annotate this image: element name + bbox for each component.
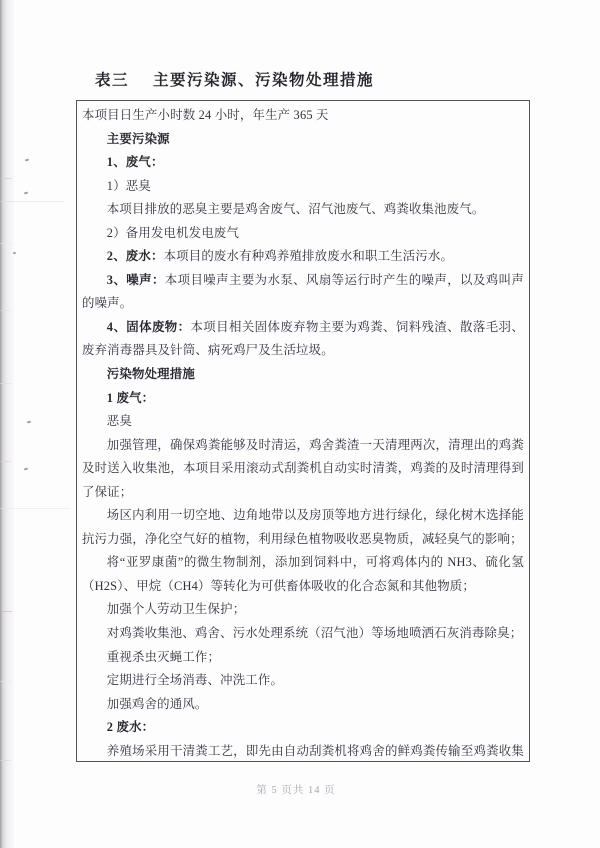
paragraph: 重视杀虫灭蝇工作； bbox=[82, 646, 524, 670]
scan-artifact-line bbox=[0, 178, 12, 179]
paragraph: 定期进行全场消毒、冲洗工作。 bbox=[82, 669, 524, 693]
scan-artifact-line bbox=[0, 508, 70, 509]
paragraph: 4、固体废物：本项目相关固体废弃物主要为鸡粪、饲料残渣、散落毛羽、废弃消毒器具及… bbox=[82, 316, 524, 363]
paragraph: 1 废气： bbox=[82, 387, 524, 411]
paragraph: 污染物处理措施 bbox=[82, 363, 524, 387]
paragraph: 1）恶臭 bbox=[82, 175, 524, 199]
scan-speck bbox=[24, 192, 28, 195]
paragraph: 加强鸡舍的通风。 bbox=[82, 693, 524, 717]
table-content: 本项目日生产小时数 24 小时，年生产 365 天主要污染源1、废气：1）恶臭本… bbox=[82, 104, 524, 762]
paragraph: 本项目排放的恶臭主要是鸡舍废气、沼气池废气、鸡粪收集池废气。 bbox=[82, 198, 524, 222]
scan-speck bbox=[25, 159, 29, 162]
scan-speck bbox=[27, 421, 31, 424]
paragraph-bold-prefix: 4、固体废物： bbox=[107, 320, 191, 334]
pollution-measures-table: 本项目日生产小时数 24 小时，年生产 365 天主要污染源1、废气：1）恶臭本… bbox=[76, 100, 530, 762]
page-number-footer: 第 5 页共 14 页 bbox=[0, 782, 592, 797]
page-title: 表三主要污染源、污染物处理措施 bbox=[95, 68, 374, 90]
scan-edge-shadow bbox=[0, 0, 14, 848]
paragraph: 2 废水： bbox=[82, 716, 524, 740]
scan-speck bbox=[13, 252, 16, 255]
paragraph: 场区内利用一切空地、边角地带以及房顶等地方进行绿化，绿化树木选择能抗污力强，净化… bbox=[82, 504, 524, 551]
paragraph: 加强个人劳动卫生保护； bbox=[82, 598, 524, 622]
scan-artifact-line bbox=[0, 243, 12, 244]
scan-artifact-line bbox=[0, 681, 12, 682]
scan-artifact-line bbox=[0, 383, 12, 384]
paragraph: 2、废水：本项目的废水有种鸡养殖排放废水和职工生活污水。 bbox=[82, 245, 524, 269]
paragraph: 3、噪声：本项目噪声主要为水泵、风扇等运行时产生的噪声，以及鸡叫声的噪声。 bbox=[82, 269, 524, 316]
paragraph-bold-prefix: 2、废水： bbox=[107, 249, 164, 263]
scan-artifact-line bbox=[0, 310, 10, 311]
scan-artifact-line bbox=[0, 461, 11, 462]
paragraph: 2）备用发电机发电废气 bbox=[82, 222, 524, 246]
paragraph: 养殖场采用干清粪工艺，即先由自动刮粪机将鸡舍的鲜鸡粪传输至鸡粪收集池，清粪后的鸡… bbox=[82, 740, 524, 762]
paragraph: 将“亚罗康菌”的微生物制剂，添加到饲料中，可将鸡体内的 NH3、硫化氢（H2S）… bbox=[82, 551, 524, 598]
table-title-text: 主要污染源、污染物处理措施 bbox=[153, 72, 374, 89]
scan-artifact-line bbox=[0, 760, 11, 761]
paragraph: 本项目日生产小时数 24 小时，年生产 365 天 bbox=[82, 104, 524, 128]
paragraph-bold-prefix: 3、噪声： bbox=[107, 273, 165, 287]
paragraph: 加强管理，确保鸡粪能够及时清运，鸡舍粪渣一天清理两次，清理出的鸡粪及时送入收集池… bbox=[82, 434, 524, 505]
paragraph: 恶臭 bbox=[82, 410, 524, 434]
scan-speck bbox=[24, 468, 28, 471]
scanned-document-page: { "header": { "table_label": "表三", "titl… bbox=[0, 0, 600, 848]
paragraph: 主要污染源 bbox=[82, 128, 524, 152]
paragraph: 1、废气： bbox=[82, 151, 524, 175]
scan-artifact-line bbox=[0, 611, 12, 612]
paragraph: 对鸡粪收集池、鸡舍、污水处理系统（沼气池）等场地喷洒石灰消毒除臭； bbox=[82, 622, 524, 646]
scan-artifact-line bbox=[0, 201, 64, 202]
table-number-label: 表三 bbox=[95, 72, 129, 89]
